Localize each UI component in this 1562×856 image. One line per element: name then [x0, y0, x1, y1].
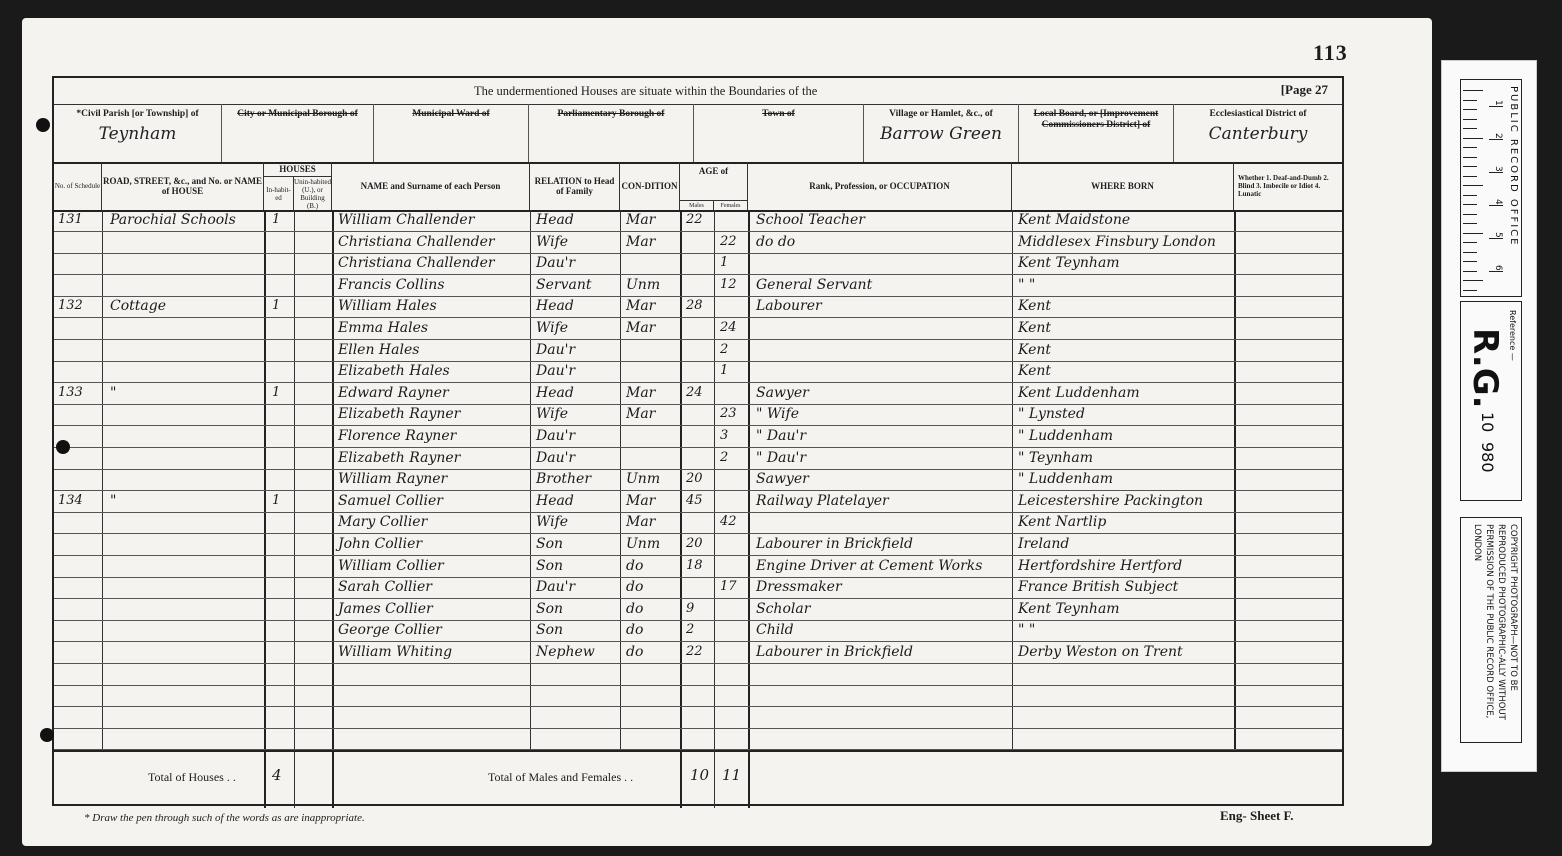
occupation-cell: Scholar	[756, 601, 810, 621]
page-stamp-number: 113	[1313, 40, 1348, 66]
condition-cell: Mar	[626, 234, 655, 254]
table-row: Florence RaynerDau'r3" Dau'r" Luddenham	[54, 426, 1342, 448]
ruler-tick	[1463, 90, 1483, 91]
where-born-cell: Kent	[1018, 320, 1051, 340]
occupation-cell: Railway Platelayer	[756, 493, 889, 513]
schedule-cell: 133	[58, 385, 83, 405]
ruler-tick	[1463, 157, 1477, 158]
table-row: Mary CollierWifeMar42Kent Nartlip	[54, 512, 1342, 534]
relation-cell: Wife	[536, 406, 568, 426]
occupation-cell: Sawyer	[756, 471, 809, 491]
ruler-tick	[1463, 109, 1477, 110]
schedule-cell: 132	[58, 298, 83, 318]
ruler-number: 2	[1489, 133, 1503, 140]
total-females-value: 11	[722, 766, 741, 784]
table-row	[54, 707, 1342, 729]
total-males-value: 10	[690, 766, 709, 784]
total-houses-value: 4	[272, 766, 282, 784]
ruler-tick	[1463, 176, 1477, 177]
ruler-box: PUBLIC RECORD OFFICE 123456	[1460, 79, 1522, 297]
name-cell: Ellen Hales	[338, 342, 419, 362]
header-infirmity: Whether 1. Deaf-and-Dumb 2. Blind 3. Imb…	[1234, 162, 1342, 210]
female-age-cell: 2	[720, 450, 728, 470]
where-born-cell: " Lynsted	[1018, 406, 1085, 426]
ruler-number: 1	[1489, 100, 1503, 107]
header-schedule: No. of Schedule	[54, 162, 102, 210]
ruler-tick	[1463, 280, 1483, 281]
where-born-cell: Leicestershire Packington	[1018, 493, 1203, 513]
location-ecclesiastical-district: Ecclesiastical District of Canterbury	[1174, 104, 1342, 162]
relation-cell: Dau'r	[536, 342, 575, 362]
reference-code: R.G.	[1465, 328, 1505, 409]
where-born-cell: Middlesex Finsbury London	[1018, 234, 1216, 254]
name-cell: Francis Collins	[338, 277, 445, 297]
where-born-cell: Kent Luddenham	[1018, 385, 1140, 405]
condition-cell: do	[626, 558, 643, 578]
condition-cell: do	[626, 644, 643, 664]
header-name: NAME and Surname of each Person	[332, 162, 530, 210]
location-local-board: Local Board, or [Improvement Commissione…	[1019, 104, 1174, 162]
male-age-cell: 2	[686, 622, 694, 642]
reference-box: Reference — R.G. 10 980	[1460, 301, 1522, 501]
inhabited-cell: 1	[272, 493, 280, 513]
punch-hole-icon	[36, 118, 50, 132]
reference-piece: 980	[1478, 442, 1497, 473]
ruler-tick	[1463, 195, 1477, 196]
name-cell: Florence Rayner	[338, 428, 456, 448]
condition-cell: do	[626, 622, 643, 642]
punch-hole-icon	[56, 440, 70, 454]
name-cell: Christiana Challender	[338, 234, 495, 254]
male-age-cell: 28	[686, 298, 703, 318]
ruler-tick	[1463, 242, 1477, 243]
archive-reference-strip: PUBLIC RECORD OFFICE 123456 Reference — …	[1441, 60, 1537, 772]
name-cell: William Challender	[338, 212, 474, 232]
name-cell: Edward Rayner	[338, 385, 449, 405]
table-row: 133"1Edward RaynerHeadMar24SawyerKent Lu…	[54, 383, 1342, 405]
ruler-tick	[1463, 252, 1477, 253]
relation-cell: Dau'r	[536, 428, 575, 448]
where-born-cell: Ireland	[1018, 536, 1069, 556]
ruler-tick	[1463, 204, 1477, 205]
female-age-cell: 24	[720, 320, 737, 340]
name-cell: Samuel Collier	[338, 493, 443, 513]
ruler-tick	[1463, 100, 1477, 101]
occupation-cell: Labourer in Brickfield	[756, 536, 913, 556]
boundary-header: The undermentioned Houses are situate wi…	[54, 78, 1342, 105]
relation-cell: Wife	[536, 514, 568, 534]
table-row: William WhitingNephewdo22Labourer in Bri…	[54, 642, 1342, 664]
relation-cell: Head	[536, 212, 574, 232]
name-cell: Mary Collier	[338, 514, 427, 534]
condition-cell: Unm	[626, 536, 660, 556]
ruler-number: 6	[1489, 265, 1503, 272]
header-inhabited: In-habit-ed	[264, 176, 294, 210]
occupation-cell: Labourer	[756, 298, 822, 318]
header-occupation: Rank, Profession, or OCCUPATION	[748, 162, 1012, 210]
ruler-tick	[1463, 185, 1483, 186]
sheet-label: Eng- Sheet F.	[1220, 808, 1294, 824]
condition-cell: Mar	[626, 385, 655, 405]
table-row: 131Parochial Schools1William ChallenderH…	[54, 210, 1342, 232]
female-age-cell: 1	[720, 255, 728, 275]
female-age-cell: 17	[720, 579, 737, 599]
relation-cell: Wife	[536, 320, 568, 340]
where-born-cell: Kent Nartlip	[1018, 514, 1106, 534]
table-row	[54, 685, 1342, 707]
header-females: Females	[714, 200, 748, 210]
relation-cell: Head	[536, 385, 574, 405]
relation-cell: Son	[536, 601, 563, 621]
table-row: Emma HalesWifeMar24Kent	[54, 318, 1342, 340]
occupation-cell: Engine Driver at Cement Works	[756, 558, 982, 578]
female-age-cell: 1	[720, 363, 728, 383]
road-cell: Cottage	[110, 298, 166, 318]
name-cell: Elizabeth Rayner	[338, 450, 460, 470]
location-civil-parish: *Civil Parish [or Township] of Teynham	[54, 104, 222, 162]
female-age-cell: 12	[720, 277, 737, 297]
boundary-title: The undermentioned Houses are situate wi…	[474, 84, 817, 99]
table-row: 134"1Samuel CollierHeadMar45Railway Plat…	[54, 491, 1342, 513]
name-cell: James Collier	[338, 601, 433, 621]
table-row: Christiana ChallenderWifeMar22do doMiddl…	[54, 232, 1342, 254]
relation-cell: Brother	[536, 471, 591, 491]
punch-hole-icon	[40, 728, 54, 742]
male-age-cell: 24	[686, 385, 703, 405]
table-row: James CollierSondo9ScholarKent Teynham	[54, 599, 1342, 621]
ruler-tick	[1463, 166, 1477, 167]
condition-cell: Mar	[626, 493, 655, 513]
relation-cell: Son	[536, 558, 563, 578]
female-age-cell: 23	[720, 406, 737, 426]
name-cell: Emma Hales	[338, 320, 428, 340]
ruler-tick	[1463, 214, 1477, 215]
relation-cell: Son	[536, 536, 563, 556]
name-cell: William Whiting	[338, 644, 452, 664]
ruler-tick	[1463, 290, 1477, 291]
relation-cell: Nephew	[536, 644, 595, 664]
where-born-cell: Derby Weston on Trent	[1018, 644, 1183, 664]
table-row: Ellen HalesDau'r2Kent	[54, 340, 1342, 362]
table-row: Sarah CollierDau'rdo17DressmakerFrance B…	[54, 577, 1342, 599]
header-where-born: WHERE BORN	[1012, 162, 1234, 210]
ruler-tick	[1463, 233, 1483, 234]
location-town: Town of	[694, 104, 864, 162]
occupation-cell: Sawyer	[756, 385, 809, 405]
where-born-cell: Kent Maidstone	[1018, 212, 1130, 232]
female-age-cell: 22	[720, 234, 737, 254]
table-row: John CollierSonUnm20Labourer in Brickfie…	[54, 534, 1342, 556]
road-cell: "	[110, 493, 116, 513]
male-age-cell: 20	[686, 471, 703, 491]
occupation-cell: Child	[756, 622, 794, 642]
where-born-cell: " Teynham	[1018, 450, 1093, 470]
ruler-tick	[1463, 223, 1477, 224]
location-village: Village or Hamlet, &c., of Barrow Green	[864, 104, 1019, 162]
ruler-tick	[1463, 261, 1477, 262]
condition-cell: Mar	[626, 298, 655, 318]
female-age-cell: 3	[720, 428, 728, 448]
table-row: William CollierSondo18Engine Driver at C…	[54, 556, 1342, 578]
relation-cell: Wife	[536, 234, 568, 254]
header-relation: RELATION to Head of Family	[530, 162, 620, 210]
condition-cell: do	[626, 601, 643, 621]
ruler-tick	[1463, 147, 1477, 148]
name-cell: Sarah Collier	[338, 579, 432, 599]
table-row: Francis CollinsServantUnm12General Serva…	[54, 275, 1342, 297]
condition-cell: Mar	[626, 406, 655, 426]
where-born-cell: Kent Teynham	[1018, 601, 1120, 621]
census-entries: 131Parochial Schools1William ChallenderH…	[54, 210, 1342, 750]
table-row: 132Cottage1William HalesHeadMar28Laboure…	[54, 296, 1342, 318]
relation-cell: Servant	[536, 277, 591, 297]
table-row: Elizabeth RaynerWifeMar23" Wife" Lynsted	[54, 404, 1342, 426]
schedule-cell: 134	[58, 493, 83, 513]
name-cell: George Collier	[338, 622, 442, 642]
location-fields: *Civil Parish [or Township] of Teynham C…	[54, 104, 1342, 164]
male-age-cell: 22	[686, 644, 703, 664]
relation-cell: Dau'r	[536, 450, 575, 470]
ruler-number: 5	[1489, 232, 1503, 239]
occupation-cell: " Dau'r	[756, 428, 806, 448]
inhabited-cell: 1	[272, 385, 280, 405]
ruler-number: 3	[1489, 166, 1503, 173]
where-born-cell: France British Subject	[1018, 579, 1178, 599]
road-cell: Parochial Schools	[110, 212, 236, 232]
name-cell: Elizabeth Rayner	[338, 406, 460, 426]
occupation-cell: " Dau'r	[756, 450, 806, 470]
occupation-cell: School Teacher	[756, 212, 865, 232]
location-parliamentary-borough: Parliamentary Borough of	[529, 104, 694, 162]
male-age-cell: 9	[686, 601, 694, 621]
location-municipal-ward: Municipal Ward of	[374, 104, 529, 162]
where-born-cell: Kent	[1018, 363, 1051, 383]
male-age-cell: 20	[686, 536, 703, 556]
header-males: Males	[680, 200, 714, 210]
name-cell: Christiana Challender	[338, 255, 495, 275]
relation-cell: Head	[536, 493, 574, 513]
totals-row: Total of Houses . . 4 Total of Males and…	[54, 750, 1342, 808]
page-reference: [Page 27	[1281, 82, 1328, 98]
condition-cell: do	[626, 579, 643, 599]
road-cell: "	[110, 385, 116, 405]
occupation-cell: do do	[756, 234, 795, 254]
relation-cell: Dau'r	[536, 363, 575, 383]
total-houses-label: Total of Houses . .	[148, 770, 236, 785]
table-row: William RaynerBrotherUnm20Sawyer" Ludden…	[54, 469, 1342, 491]
location-municipal-borough: City or Municipal Borough of	[222, 104, 374, 162]
where-born-cell: Kent	[1018, 342, 1051, 362]
condition-cell: Mar	[626, 212, 655, 232]
where-born-cell: " "	[1018, 622, 1035, 642]
inhabited-cell: 1	[272, 212, 280, 232]
inhabited-cell: 1	[272, 298, 280, 318]
name-cell: William Collier	[338, 558, 444, 578]
male-age-cell: 45	[686, 493, 703, 513]
female-age-cell: 2	[720, 342, 728, 362]
relation-cell: Dau'r	[536, 579, 575, 599]
relation-cell: Head	[536, 298, 574, 318]
footnote: * Draw the pen through such of the words…	[84, 812, 365, 824]
census-form: The undermentioned Houses are situate wi…	[52, 76, 1344, 806]
where-born-cell: " Luddenham	[1018, 471, 1113, 491]
header-uninhabited: Unin-habited (U.), or Building (B.)	[294, 176, 332, 210]
table-row	[54, 664, 1342, 686]
where-born-cell: Hertfordshire Hertford	[1018, 558, 1182, 578]
reference-series: 10	[1478, 412, 1497, 432]
office-name: PUBLIC RECORD OFFICE	[1508, 86, 1519, 246]
where-born-cell: " "	[1018, 277, 1035, 297]
table-row: Elizabeth HalesDau'r1Kent	[54, 361, 1342, 383]
name-cell: John Collier	[338, 536, 422, 556]
where-born-cell: Kent	[1018, 298, 1051, 318]
reference-label: Reference —	[1508, 310, 1517, 361]
where-born-cell: " Luddenham	[1018, 428, 1113, 448]
ruler-tick	[1463, 271, 1477, 272]
ruler-tick	[1463, 138, 1483, 139]
table-row: Christiana ChallenderDau'r1Kent Teynham	[54, 253, 1342, 275]
table-row: Elizabeth RaynerDau'r2" Dau'r" Teynham	[54, 448, 1342, 470]
copyright-notice: COPYRIGHT PHOTOGRAPH—NOT TO BE REPRODUCE…	[1471, 524, 1519, 738]
copyright-box: COPYRIGHT PHOTOGRAPH—NOT TO BE REPRODUCE…	[1460, 517, 1522, 743]
condition-cell: Mar	[626, 514, 655, 534]
male-age-cell: 18	[686, 558, 703, 578]
occupation-cell: Labourer in Brickfield	[756, 644, 913, 664]
condition-cell: Unm	[626, 277, 660, 297]
male-age-cell: 22	[686, 212, 703, 232]
column-headers: No. of Schedule ROAD, STREET, &c., and N…	[54, 162, 1342, 212]
occupation-cell: " Wife	[756, 406, 799, 426]
header-road: ROAD, STREET, &c., and No. or NAME of HO…	[102, 162, 264, 210]
ruler-number: 4	[1489, 199, 1503, 206]
condition-cell: Mar	[626, 320, 655, 340]
ruler-tick	[1463, 128, 1477, 129]
relation-cell: Dau'r	[536, 255, 575, 275]
table-row: George CollierSondo2Child" "	[54, 620, 1342, 642]
condition-cell: Unm	[626, 471, 660, 491]
table-row	[54, 728, 1342, 750]
where-born-cell: Kent Teynham	[1018, 255, 1120, 275]
name-cell: William Rayner	[338, 471, 447, 491]
relation-cell: Son	[536, 622, 563, 642]
ruler-tick	[1463, 119, 1477, 120]
occupation-cell: General Servant	[756, 277, 872, 297]
name-cell: William Hales	[338, 298, 437, 318]
header-condition: CON-DITION	[620, 162, 680, 210]
total-persons-label: Total of Males and Females . .	[488, 770, 633, 785]
name-cell: Elizabeth Hales	[338, 363, 450, 383]
schedule-cell: 131	[58, 212, 83, 232]
occupation-cell: Dressmaker	[756, 579, 842, 599]
female-age-cell: 42	[720, 514, 737, 534]
